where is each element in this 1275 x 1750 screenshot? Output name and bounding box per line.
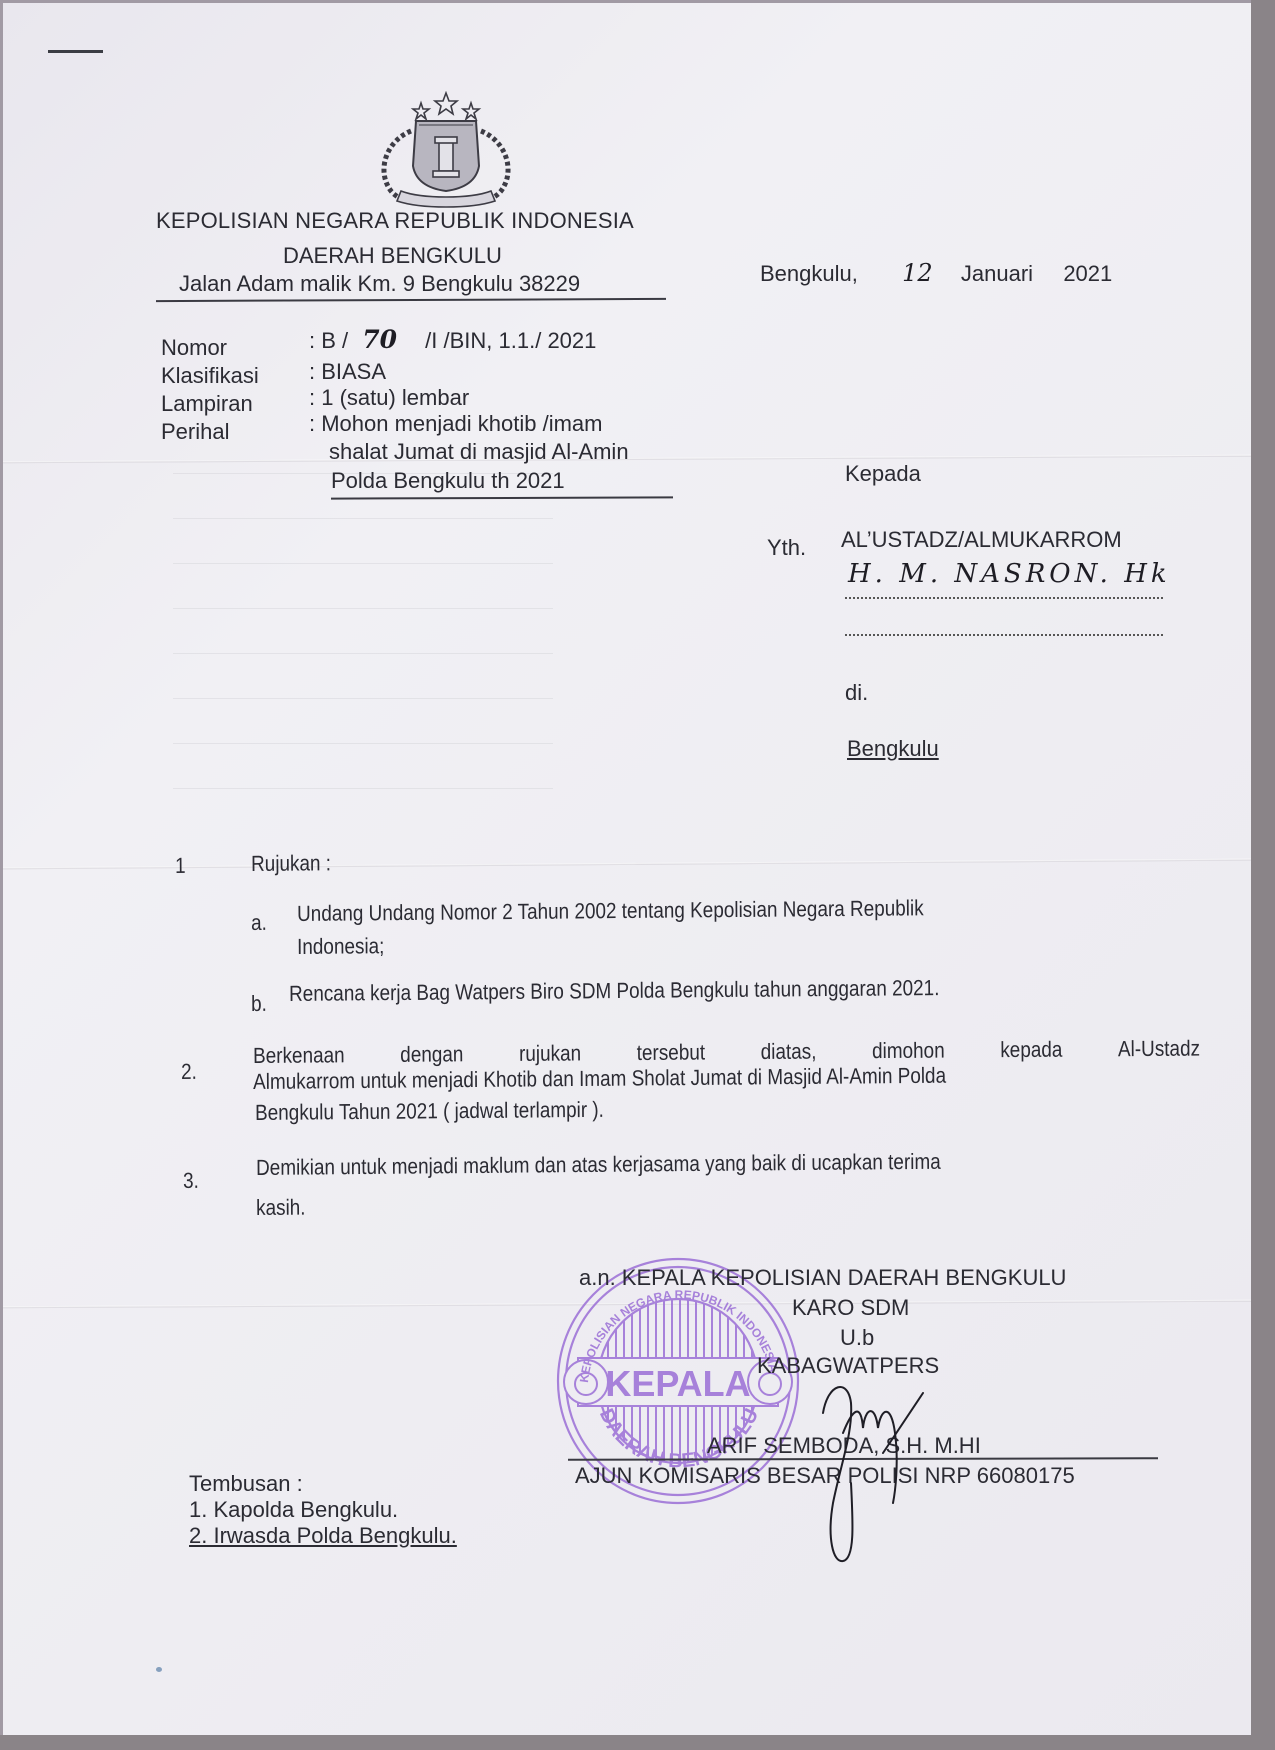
point-2-word: Berkenaan [253,1042,345,1069]
lampiran-label: Lampiran [161,391,253,417]
recipient-name-field [845,597,1163,599]
nomor-suffix: /I /BIN, 1.1./ 2021 [425,328,596,353]
handwritten-signature-icon [783,1373,963,1563]
point-3-line-1: Demikian untuk menjadi maklum dan atas k… [256,1149,941,1181]
recipient-name-handwritten: H. M. NASRON. Hk [848,559,1171,589]
punch-guide-mark [48,50,103,53]
recipient-extra-field [845,634,1163,636]
date-place: Bengkulu, [760,261,858,286]
recipient-city: Bengkulu [847,736,939,762]
point-3-line-2: kasih. [256,1195,306,1221]
region-name: DAERAH BENGKULU [283,243,502,269]
yth-label: Yth. [767,535,806,561]
di-label: di. [845,680,868,706]
nomor-prefix: : B / [309,328,348,353]
paper-fold-crease [3,859,1251,870]
bleed-through-line [173,653,553,654]
subject-underline [331,496,673,499]
point-2-word: Al-Ustadz [1118,1036,1200,1063]
point-2-line-3: Bengkulu Tahun 2021 ( jadwal terlampir )… [255,1097,604,1126]
on-behalf-line: a.n. KEPALA KEPOLISIAN DAERAH BENGKULU [579,1265,1066,1291]
letterhead-divider [156,298,666,302]
item-a-line-2: Indonesia; [297,933,384,960]
signatory-position-1: KARO SDM [792,1295,909,1321]
bleed-through-line [173,743,553,744]
police-crest-icon [361,91,531,211]
klasifikasi-label: Klasifikasi [161,363,259,389]
lampiran-value: : 1 (satu) lembar [309,385,469,411]
bleed-through-line [173,518,553,519]
date-day-handwritten: 12 [902,259,933,287]
point-2-word: rujukan [519,1040,581,1066]
nomor-label: Nomor [161,335,227,361]
bleed-through-line [173,563,553,564]
date-year: 2021 [1063,261,1112,286]
item-a-marker: a. [251,910,267,936]
stamp-center-text: KEPALA [605,1363,750,1404]
letter-date: Bengkulu, 12 Januari 2021 [760,259,1112,287]
item-b-line-1: Rencana kerja Bag Watpers Biro SDM Polda… [289,975,940,1007]
point-2-number: 2. [181,1059,197,1085]
tembusan-heading: Tembusan : [189,1471,303,1497]
point-2-word: kepada [1000,1037,1062,1063]
tembusan-item-1: 1. Kapolda Bengkulu. [189,1497,398,1523]
klasifikasi-value: : BIASA [309,359,386,385]
nomor-value: : B / 70 /I /BIN, 1.1./ 2021 [309,325,596,354]
perihal-line-3: Polda Bengkulu th 2021 [331,468,565,494]
bleed-through-line [173,698,553,699]
point-3-number: 3. [183,1168,199,1194]
perihal-line-1: : Mohon menjadi khotib /imam [309,411,602,437]
point-2-word: dengan [400,1041,463,1067]
nomor-handwritten: 70 [362,325,397,354]
tembusan-item-2: 2. Irwasda Polda Bengkulu. [189,1523,457,1549]
point-2-word: dimohon [872,1038,945,1065]
signatory-ub: U.b [840,1325,874,1351]
point-2-word: diatas, [761,1039,817,1065]
letter-page: KEPOLISIAN NEGARA REPUBLIK INDONESIA DAE… [0,0,1251,1735]
recipient-title: AL’USTADZ/ALMUKARROM [841,527,1122,553]
point-1-heading: Rujukan : [251,850,331,877]
item-b-marker: b. [251,991,267,1017]
item-a-line-1: Undang Undang Nomor 2 Tahun 2002 tentang… [297,895,924,927]
point-2-line-2: Almukarrom untuk menjadi Khotib dan Imam… [253,1063,946,1095]
kepada-label: Kepada [845,461,921,487]
bleed-through-line [173,788,553,789]
point-2-word: tersebut [637,1039,706,1066]
perihal-label: Perihal [161,419,229,445]
institution-address: Jalan Adam malik Km. 9 Bengkulu 38229 [179,271,580,297]
scan-speck [156,1667,162,1672]
perihal-line-2: shalat Jumat di masjid Al-Amin [329,439,629,465]
date-month: Januari [961,261,1033,286]
bleed-through-line [173,608,553,609]
point-1-number: 1 [175,853,186,879]
institution-name: KEPOLISIAN NEGARA REPUBLIK INDONESIA [156,208,634,234]
